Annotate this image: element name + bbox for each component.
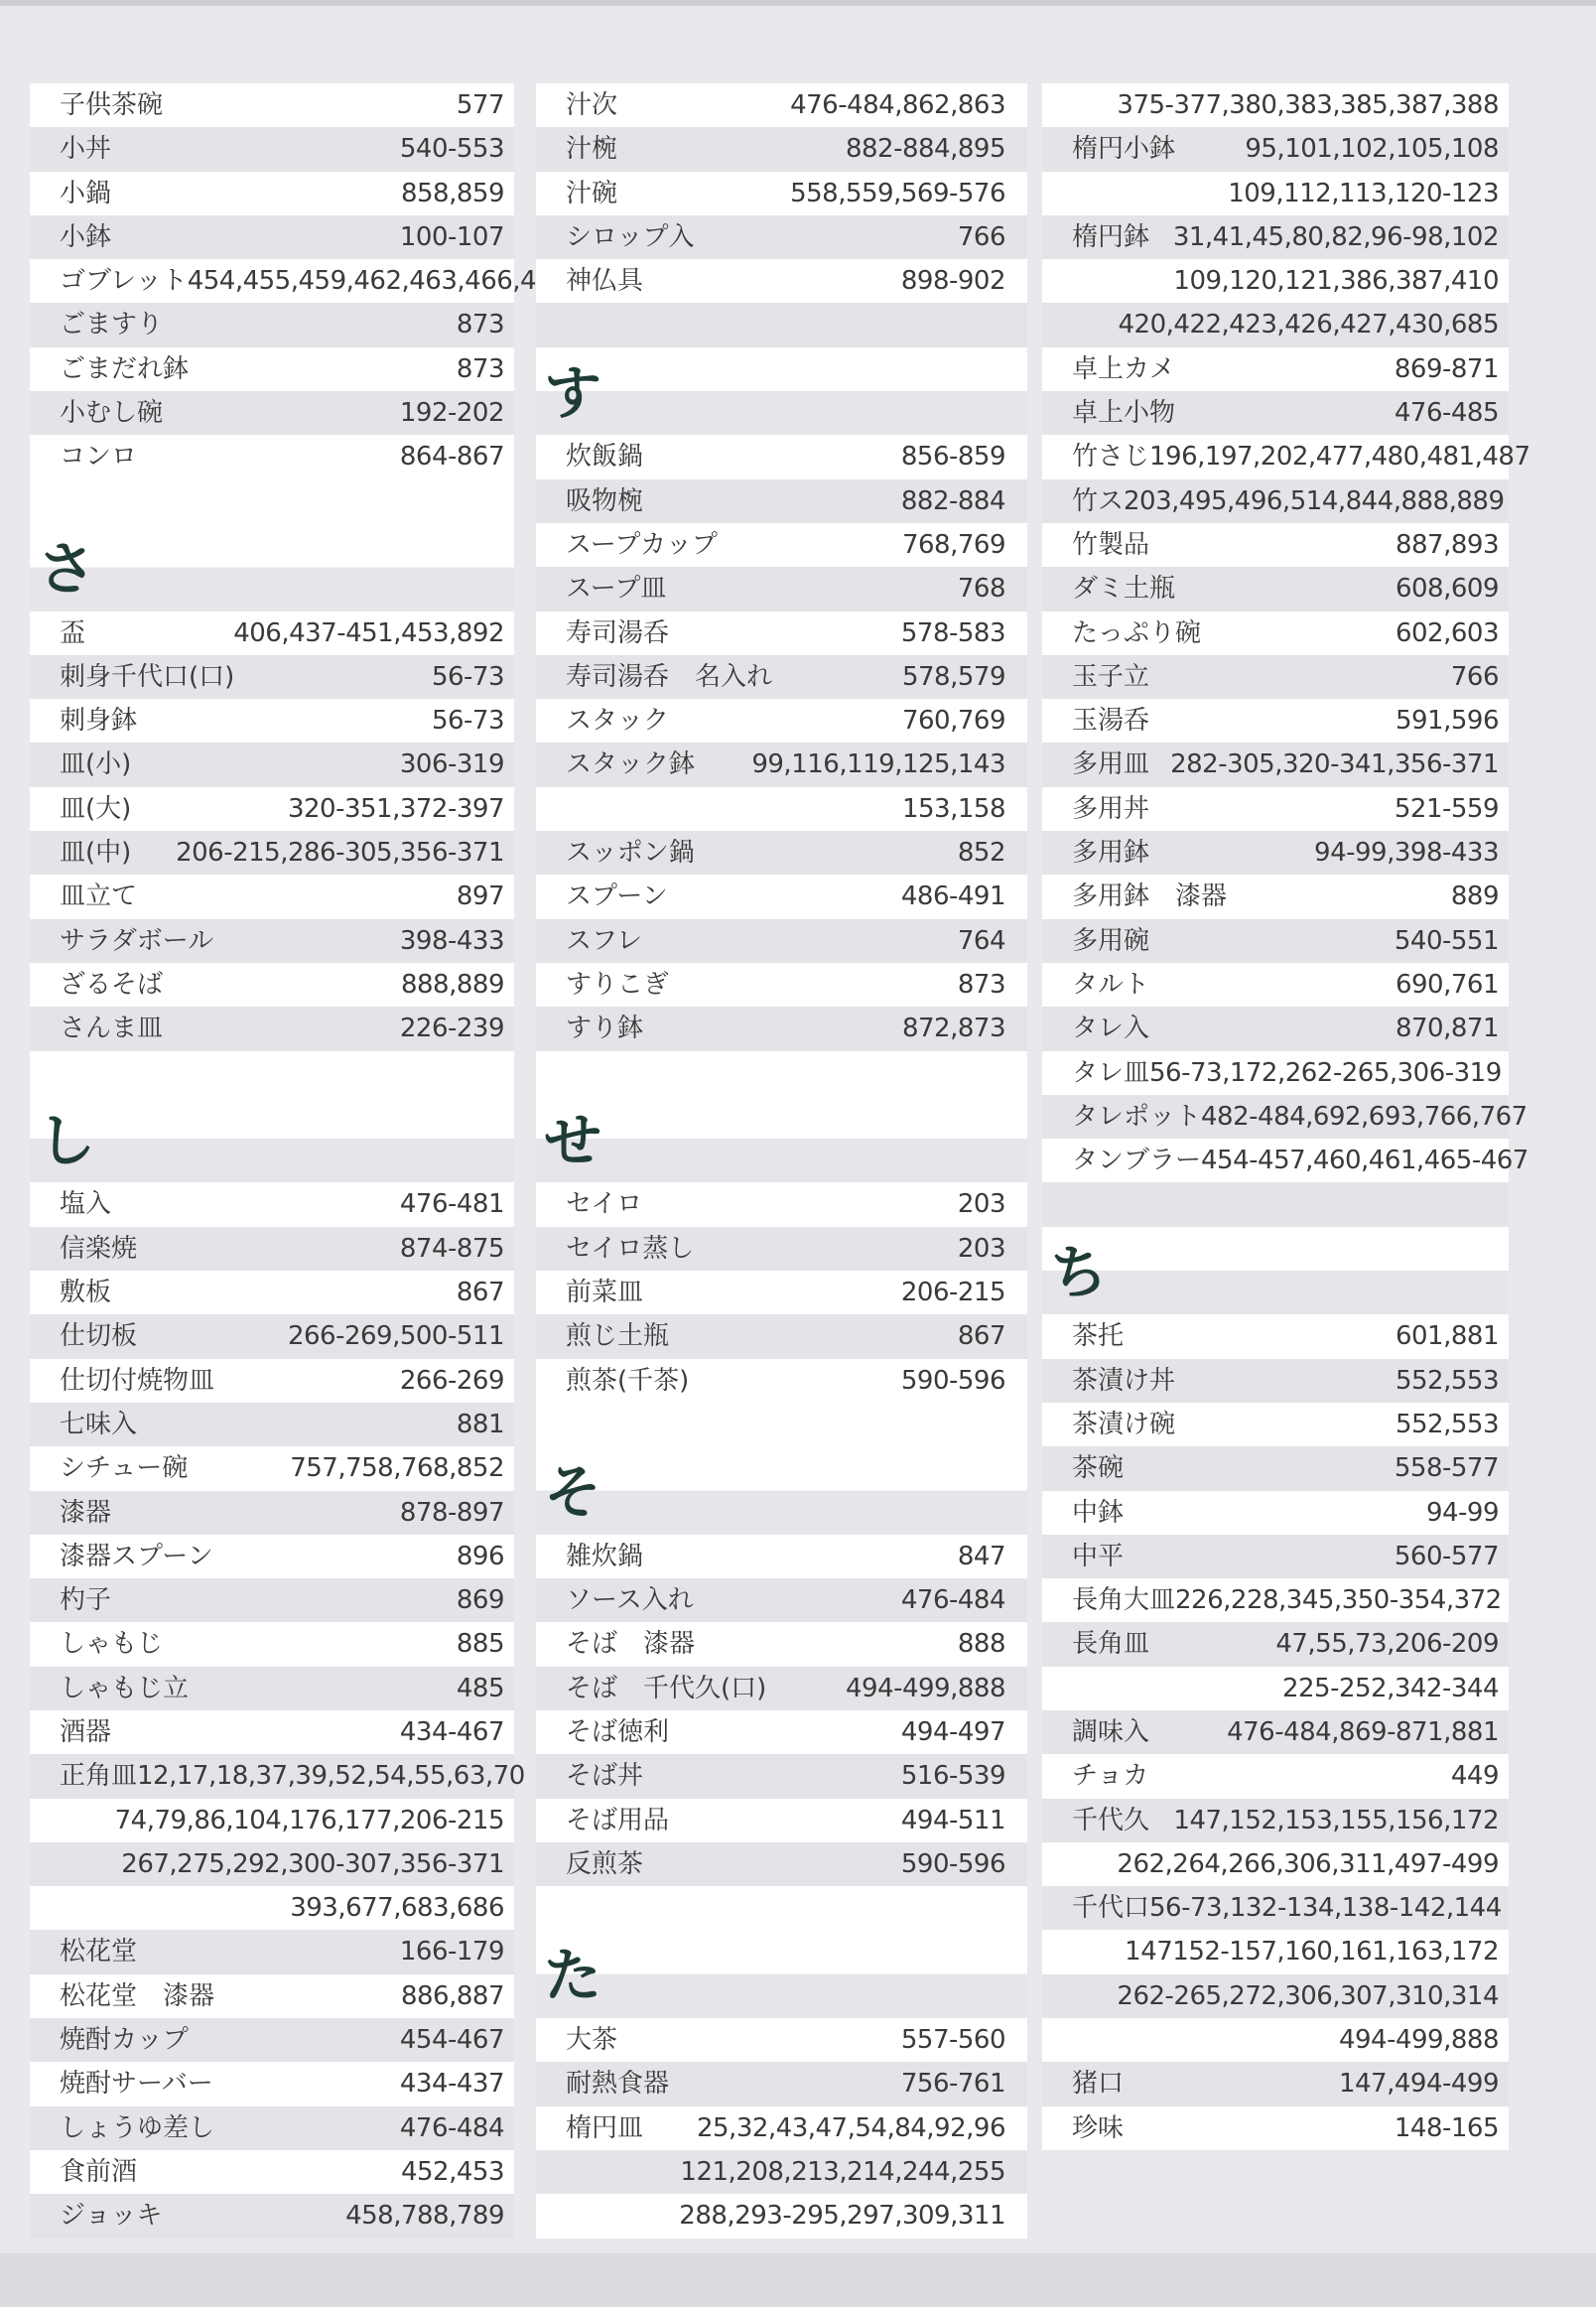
- entry-term: タレポット: [1072, 1095, 1201, 1139]
- section-se: セイロ203セイロ蒸し203前菜皿206-215煎じ土瓶867煎茶(千茶)590…: [536, 1182, 1027, 1402]
- index-entry: スッポン鍋852: [536, 831, 1027, 875]
- entry-page-numbers: 897: [457, 875, 504, 918]
- index-entry: 塩入476-481: [30, 1182, 514, 1226]
- index-entry: 寿司湯呑 名入れ578,579: [536, 655, 1027, 699]
- entry-term: 多用丼: [1072, 787, 1149, 831]
- index-entry: 楕円皿25,32,43,47,54,84,92,96: [536, 2106, 1027, 2150]
- entry-term: 茶漬け丼: [1072, 1359, 1175, 1403]
- index-entry: 漆器878-897: [30, 1491, 514, 1535]
- index-entry: 刺身千代口(口)56-73: [30, 655, 514, 699]
- entry-page-numbers: 869-871: [1395, 347, 1499, 391]
- index-entry: たっぷり碗602,603: [1042, 611, 1509, 655]
- index-entry: 猪口147,494-499: [1042, 2062, 1509, 2105]
- entry-page-numbers: 100-107: [400, 215, 504, 259]
- entry-term: 千代久: [1072, 1799, 1149, 1842]
- index-entry: 大茶557-560: [536, 2018, 1027, 2062]
- entry-term: 塩入: [60, 1182, 111, 1226]
- index-entry: 敷板867: [30, 1271, 514, 1314]
- index-entry-continuation: 267,275,292,300-307,356-371: [30, 1842, 514, 1886]
- index-entry-continuation: 74,79,86,104,176,177,206-215: [30, 1799, 514, 1842]
- index-entry: 七味入881: [30, 1403, 514, 1446]
- entry-term: タンブラー: [1072, 1139, 1201, 1182]
- index-entry: 玉湯呑591,596: [1042, 699, 1509, 743]
- entry-page-numbers: 153,158: [902, 787, 1005, 831]
- entry-term: 仕切板: [60, 1314, 137, 1358]
- entry-page-numbers: 166-179: [400, 1930, 504, 1973]
- index-entry: 多用碗540-551: [1042, 919, 1509, 963]
- index-entry: 酒器434-467: [30, 1710, 514, 1754]
- entry-page-numbers: 196,197,202,477,480,481,487: [1149, 435, 1529, 478]
- index-entry: 小むし碗192-202: [30, 391, 514, 435]
- entry-page-numbers: 476-485: [1395, 391, 1499, 435]
- index-entry: スタック760,769: [536, 699, 1027, 743]
- entry-page-numbers: 398-433: [400, 919, 504, 963]
- index-entry: 炊飯鍋856-859: [536, 435, 1027, 478]
- entry-page-numbers: 494-497: [901, 1710, 1005, 1754]
- entry-page-numbers: 756-761: [901, 2062, 1005, 2105]
- index-entry: セイロ203: [536, 1182, 1027, 1226]
- entry-term: チョカ: [1072, 1754, 1148, 1798]
- entry-term: 煎茶(千茶): [566, 1359, 689, 1403]
- entry-page-numbers: 192-202: [400, 391, 504, 435]
- entry-term: 汁次: [566, 83, 617, 127]
- index-entry: シチュー碗757,758,768,852: [30, 1446, 514, 1490]
- kana-header-label: せ: [544, 1111, 601, 1170]
- entry-page-numbers: 540-551: [1395, 919, 1499, 963]
- entry-page-numbers: 262-265,272,306,307,310,314: [1117, 1974, 1499, 2018]
- section-su: 炊飯鍋856-859吸物椀882-884スープカップ768,769スープ皿768…: [536, 435, 1027, 1050]
- entry-page-numbers: 764: [958, 919, 1005, 963]
- entry-page-numbers: 95,101,102,105,108: [1245, 127, 1499, 171]
- entry-term: 焼酎カップ: [60, 2018, 189, 2062]
- index-entry: サラダボール398-433: [30, 919, 514, 963]
- entry-page-numbers: 557-560: [901, 2018, 1005, 2062]
- index-entry: タレ皿56-73,172,262-265,306-319: [1042, 1051, 1509, 1095]
- index-entry: タルト690,761: [1042, 963, 1509, 1007]
- entry-term: 刺身鉢: [60, 699, 137, 743]
- spacer: [30, 479, 514, 523]
- index-entry-continuation: 288,293-295,297,309,311: [536, 2194, 1027, 2238]
- entry-page-numbers: 864-867: [400, 435, 504, 478]
- index-entry: タンブラー454-457,460,461,465-467: [1042, 1139, 1509, 1182]
- index-entry: 卓上カメ869-871: [1042, 347, 1509, 391]
- index-entry: 漆器スプーン896: [30, 1535, 514, 1578]
- entry-term: ごまだれ鉢: [60, 347, 189, 391]
- entry-term: 楕円鉢: [1072, 215, 1149, 259]
- index-entry-continuation: 494-499,888: [1042, 2018, 1509, 2062]
- entry-term: すり鉢: [566, 1007, 643, 1050]
- index-entry: スープカップ768,769: [536, 523, 1027, 567]
- spacer: [30, 1051, 514, 1095]
- entry-page-numbers: 206-215,286-305,356-371: [176, 831, 504, 875]
- index-entry: 子供茶碗577: [30, 83, 514, 127]
- entry-page-numbers: 856-859: [901, 435, 1005, 478]
- entry-page-numbers: 552,553: [1396, 1359, 1499, 1403]
- spacer: [536, 1886, 1027, 1930]
- entry-term: スッポン鍋: [566, 831, 695, 875]
- entry-page-numbers: 121,208,213,214,244,255: [680, 2150, 1005, 2194]
- index-entry: 茶漬け碗552,553: [1042, 1403, 1509, 1446]
- section-shi-continued: 汁次476-484,862,863汁椀882-884,895汁碗558,559,…: [536, 83, 1027, 303]
- index-entry: 寿司湯呑578-583: [536, 611, 1027, 655]
- entry-page-numbers: 760,769: [902, 699, 1005, 743]
- index-entry: 楕円小鉢95,101,102,105,108: [1042, 127, 1509, 171]
- entry-page-numbers: 882-884,895: [846, 127, 1005, 171]
- index-entry: 前菜皿206-215: [536, 1271, 1027, 1314]
- entry-term: 反煎茶: [566, 1842, 643, 1886]
- index-entry: 仕切付焼物皿266-269: [30, 1359, 514, 1403]
- entry-term: 多用鉢: [1072, 831, 1149, 875]
- kana-header-sa: さ: [30, 523, 514, 611]
- entry-term: 七味入: [60, 1403, 137, 1446]
- index-entry: ダミ土瓶608,609: [1042, 567, 1509, 611]
- index-entry-continuation: 262,264,266,306,311,497-499: [1042, 1842, 1509, 1886]
- index-entry: 吸物椀882-884: [536, 479, 1027, 523]
- entry-term: 多用碗: [1072, 919, 1149, 963]
- entry-page-numbers: 109,120,121,386,387,410: [1173, 259, 1499, 303]
- entry-page-numbers: 266-269: [400, 1359, 504, 1403]
- index-entry: 松花堂 漆器886,887: [30, 1974, 514, 2018]
- kana-header-shi: し: [30, 1095, 514, 1183]
- index-entry: 焼酎カップ454-467: [30, 2018, 514, 2062]
- entry-term: 小丼: [60, 127, 111, 171]
- entry-term: シロップ入: [566, 215, 694, 259]
- entry-page-numbers: 449: [1451, 1754, 1499, 1798]
- index-entry: 茶碗558-577: [1042, 1446, 1509, 1490]
- entry-page-numbers: 454-457,460,461,465-467: [1201, 1139, 1529, 1182]
- entry-page-numbers: 886,887: [401, 1974, 504, 2018]
- index-entry: 千代久147,152,153,155,156,172: [1042, 1799, 1509, 1842]
- entry-page-numbers: 458,788,789: [345, 2194, 504, 2238]
- entry-page-numbers: 888: [958, 1622, 1005, 1666]
- entry-term: 竹さじ: [1072, 435, 1149, 478]
- entry-page-numbers: 590-596: [901, 1359, 1005, 1403]
- entry-term: そば徳利: [566, 1710, 669, 1754]
- section-so: 雑炊鍋847ソース入れ476-484そば 漆器888そば 千代久(口)494-4…: [536, 1535, 1027, 1886]
- index-entry: 千代口56-73,132-134,138-142,144: [1042, 1886, 1509, 1930]
- index-entry: 卓上小物476-485: [1042, 391, 1509, 435]
- entry-page-numbers: 109,112,113,120-123: [1228, 172, 1499, 215]
- entry-page-numbers: 578,579: [902, 655, 1005, 699]
- entry-page-numbers: 577: [457, 83, 504, 127]
- entry-term: セイロ蒸し: [566, 1227, 694, 1271]
- entry-term: 玉子立: [1072, 655, 1149, 699]
- entry-page-numbers: 872,873: [902, 1007, 1005, 1050]
- entry-term: 盃: [60, 611, 85, 655]
- entry-page-numbers: 521-559: [1395, 787, 1499, 831]
- index-entry: 刺身鉢56-73: [30, 699, 514, 743]
- entry-term: 猪口: [1072, 2062, 1124, 2105]
- index-entry: さんま皿226-239: [30, 1007, 514, 1050]
- entry-term: 小鉢: [60, 215, 111, 259]
- index-entry: そば 漆器888: [536, 1622, 1027, 1666]
- index-entry: ごまだれ鉢873: [30, 347, 514, 391]
- entry-term: タルト: [1072, 963, 1149, 1007]
- entry-page-numbers: 494-511: [901, 1799, 1005, 1842]
- entry-page-numbers: 94-99,398-433: [1314, 831, 1499, 875]
- entry-term: ジョッキ: [60, 2194, 162, 2238]
- entry-page-numbers: 476-484: [400, 2106, 504, 2150]
- entry-term: 茶托: [1072, 1314, 1124, 1358]
- kana-header-label: そ: [544, 1462, 601, 1522]
- index-entry: しゃもじ885: [30, 1622, 514, 1666]
- entry-page-numbers: 266-269,500-511: [288, 1314, 504, 1358]
- entry-term: 中鉢: [1072, 1491, 1124, 1535]
- index-entry: しゃもじ立485: [30, 1667, 514, 1710]
- entry-term: たっぷり碗: [1072, 611, 1201, 655]
- section-ta-continued: 375-377,380,383,385,387,388楕円小鉢95,101,10…: [1042, 83, 1509, 1182]
- index-entry: そば用品494-511: [536, 1799, 1027, 1842]
- entry-page-numbers: 434-467: [400, 1710, 504, 1754]
- entry-page-numbers: 454,455,459,462,463,466,467: [188, 259, 568, 303]
- entry-page-numbers: 74,79,86,104,176,177,206-215: [115, 1799, 504, 1842]
- index-entry: コンロ864-867: [30, 435, 514, 478]
- entry-page-numbers: 552,553: [1396, 1403, 1499, 1446]
- entry-term: 楕円小鉢: [1072, 127, 1175, 171]
- entry-term: ざるそば: [60, 963, 163, 1007]
- entry-term: そば 千代久(口): [566, 1667, 766, 1710]
- entry-term: 大茶: [566, 2018, 617, 2062]
- entry-term: 皿立て: [60, 875, 137, 918]
- entry-page-numbers: 482-484,692,693,766,767: [1201, 1095, 1528, 1139]
- entry-term: 長角皿: [1072, 1622, 1149, 1666]
- entry-term: 前菜皿: [566, 1271, 643, 1314]
- entry-page-numbers: 540-553: [400, 127, 504, 171]
- entry-page-numbers: 420,422,423,426,427,430,685: [1119, 303, 1499, 346]
- entry-term: ダミ土瓶: [1072, 567, 1175, 611]
- index-entry: スプーン486-491: [536, 875, 1027, 918]
- entry-page-numbers: 288,293-295,297,309,311: [679, 2194, 1005, 2238]
- index-entry: 信楽焼874-875: [30, 1227, 514, 1271]
- entry-page-numbers: 225-252,342-344: [1282, 1667, 1499, 1710]
- kana-header-label: し: [38, 1111, 95, 1170]
- index-entry: 煎茶(千茶)590-596: [536, 1359, 1027, 1403]
- entry-term: 長角大皿: [1072, 1578, 1175, 1622]
- entry-term: 小むし碗: [60, 391, 163, 435]
- index-entry: 中鉢94-99: [1042, 1491, 1509, 1535]
- section-ta: 大茶557-560耐熱食器756-761楕円皿25,32,43,47,54,84…: [536, 2018, 1027, 2238]
- entry-term: 中平: [1072, 1535, 1124, 1578]
- entry-term: コンロ: [60, 435, 137, 478]
- entry-page-numbers: 494-499,888: [846, 1667, 1005, 1710]
- entry-term: 雑炊鍋: [566, 1535, 643, 1578]
- entry-term: そば丼: [566, 1754, 643, 1798]
- entry-page-numbers: 889: [1451, 875, 1499, 918]
- section-chi: 茶托601,881茶漬け丼552,553茶漬け碗552,553茶碗558-577…: [1042, 1314, 1509, 2150]
- entry-page-numbers: 203: [958, 1227, 1005, 1271]
- index-entry: 珍味148-165: [1042, 2106, 1509, 2150]
- entry-page-numbers: 558,559,569-576: [790, 172, 1005, 215]
- entry-term: タレ皿: [1072, 1051, 1149, 1095]
- entry-page-numbers: 874-875: [400, 1227, 504, 1271]
- entry-page-numbers: 47,55,73,206-209: [1275, 1622, 1499, 1666]
- entry-term: 寿司湯呑 名入れ: [566, 655, 772, 699]
- entry-page-numbers: 852: [958, 831, 1005, 875]
- index-entry: 食前酒452,453: [30, 2150, 514, 2194]
- entry-page-numbers: 494-499,888: [1339, 2018, 1499, 2062]
- entry-page-numbers: 608,609: [1396, 567, 1499, 611]
- entry-page-numbers: 881: [457, 1403, 504, 1446]
- entry-term: 珍味: [1072, 2106, 1124, 2150]
- index-entry-continuation: 109,120,121,386,387,410: [1042, 259, 1509, 303]
- index-entry: 煎じ土瓶867: [536, 1314, 1027, 1358]
- entry-term: 炊飯鍋: [566, 435, 643, 478]
- entry-term: さんま皿: [60, 1007, 163, 1050]
- entry-page-numbers: 766: [1451, 655, 1499, 699]
- entry-term: そば 漆器: [566, 1622, 695, 1666]
- entry-page-numbers: 226-239: [400, 1007, 504, 1050]
- entry-term: しゃもじ: [60, 1622, 163, 1666]
- entry-term: スープカップ: [566, 523, 718, 567]
- index-entry: 竹製品887,893: [1042, 523, 1509, 567]
- entry-page-numbers: 282-305,320-341,356-371: [1170, 743, 1499, 786]
- entry-page-numbers: 375-377,380,383,385,387,388: [1117, 83, 1499, 127]
- index-entry: 雑炊鍋847: [536, 1535, 1027, 1578]
- entry-page-numbers: 602,603: [1396, 611, 1499, 655]
- entry-page-numbers: 485: [457, 1667, 504, 1710]
- index-entry: 正角皿12,17,18,37,39,52,54,55,63,70: [30, 1754, 514, 1798]
- entry-page-numbers: 601,881: [1396, 1314, 1499, 1358]
- entry-term: 正角皿: [60, 1754, 137, 1798]
- index-entry: 多用鉢 漆器889: [1042, 875, 1509, 918]
- entry-term: 卓上カメ: [1072, 347, 1175, 391]
- entry-page-numbers: 873: [457, 347, 504, 391]
- index-entry: 仕切板266-269,500-511: [30, 1314, 514, 1358]
- entry-page-numbers: 896: [457, 1535, 504, 1578]
- entry-term: 汁椀: [566, 127, 617, 171]
- index-entry: 竹ス203,495,496,514,844,888,889: [1042, 479, 1509, 523]
- entry-page-numbers: 452,453: [401, 2150, 504, 2194]
- entry-term: 煎じ土瓶: [566, 1314, 669, 1358]
- page-bottom-band: [0, 2253, 1596, 2307]
- kana-header-label: さ: [38, 539, 95, 599]
- entry-page-numbers: 476-484: [901, 1578, 1005, 1622]
- entry-term: 漆器スプーン: [60, 1535, 213, 1578]
- entry-term: 松花堂: [60, 1930, 137, 1973]
- entry-page-numbers: 476-481: [400, 1182, 504, 1226]
- entry-page-numbers: 591,596: [1396, 699, 1499, 743]
- entry-term: スプーン: [566, 875, 668, 918]
- index-entry: 汁次476-484,862,863: [536, 83, 1027, 127]
- index-entry: そば丼516-539: [536, 1754, 1027, 1798]
- entry-page-numbers: 867: [958, 1314, 1005, 1358]
- entry-term: 食前酒: [60, 2150, 137, 2194]
- kana-header-su: す: [536, 347, 1027, 436]
- entry-page-numbers: 306-319: [400, 743, 504, 786]
- entry-term: サラダボール: [60, 919, 213, 963]
- entry-term: スープ皿: [566, 567, 666, 611]
- kana-header-se: せ: [536, 1095, 1027, 1183]
- index-entry-continuation: 262-265,272,306,307,310,314: [1042, 1974, 1509, 2018]
- entry-term: タレ入: [1072, 1007, 1149, 1050]
- entry-page-numbers: 454-467: [400, 2018, 504, 2062]
- kana-header-ta: た: [536, 1930, 1027, 2018]
- entry-page-numbers: 12,17,18,37,39,52,54,55,63,70: [137, 1754, 525, 1798]
- entry-page-numbers: 56-73,172,262-265,306-319: [1149, 1051, 1502, 1095]
- entry-term: 酒器: [60, 1710, 111, 1754]
- index-entry: 皿(中)206-215,286-305,356-371: [30, 831, 514, 875]
- entry-term: 玉湯呑: [1072, 699, 1149, 743]
- entry-page-numbers: 578-583: [901, 611, 1005, 655]
- index-entry: 多用鉢94-99,398-433: [1042, 831, 1509, 875]
- spacer: [536, 1051, 1027, 1095]
- entry-page-numbers: 31,41,45,80,82,96-98,102: [1173, 215, 1499, 259]
- entry-page-numbers: 757,758,768,852: [290, 1446, 504, 1490]
- entry-term: 竹製品: [1072, 523, 1149, 567]
- index-entry: 玉子立766: [1042, 655, 1509, 699]
- entry-page-numbers: 267,275,292,300-307,356-371: [121, 1842, 504, 1886]
- entry-page-numbers: 434-437: [400, 2062, 504, 2105]
- index-entry: 茶漬け丼552,553: [1042, 1359, 1509, 1403]
- entry-term: 茶碗: [1072, 1446, 1124, 1490]
- entry-term: 調味入: [1072, 1710, 1149, 1754]
- index-entry-continuation: 121,208,213,214,244,255: [536, 2150, 1027, 2194]
- entry-term: すりこぎ: [566, 963, 669, 1007]
- entry-page-numbers: 203: [958, 1182, 1005, 1226]
- entry-term: 楕円皿: [566, 2106, 643, 2150]
- entry-term: 信楽焼: [60, 1227, 137, 1271]
- entry-term: スフレ: [566, 919, 642, 963]
- index-entry: 楕円鉢31,41,45,80,82,96-98,102: [1042, 215, 1509, 259]
- entry-page-numbers: 873: [457, 303, 504, 346]
- index-entry: タレポット482-484,692,693,766,767: [1042, 1095, 1509, 1139]
- entry-page-numbers: 476-484,869-871,881: [1227, 1710, 1499, 1754]
- entry-term: ソース入れ: [566, 1578, 694, 1622]
- kana-header-label: ち: [1050, 1243, 1108, 1302]
- index-entry: スフレ764: [536, 919, 1027, 963]
- index-entry: ごますり873: [30, 303, 514, 346]
- index-entry: 耐熱食器756-761: [536, 2062, 1027, 2105]
- entry-term: 刺身千代口(口): [60, 655, 234, 699]
- entry-page-numbers: 206-215: [901, 1271, 1005, 1314]
- index-column-left: 子供茶碗577小丼540-553小鍋858,859小鉢100-107ゴブレット4…: [30, 83, 514, 2239]
- entry-page-numbers: 898-902: [901, 259, 1005, 303]
- entry-term: シチュー碗: [60, 1446, 188, 1490]
- index-entry: 小丼540-553: [30, 127, 514, 171]
- index-entry: スタック鉢99,116,119,125,143: [536, 743, 1027, 786]
- kana-header-label: た: [544, 1946, 601, 2005]
- entry-term: 汁碗: [566, 172, 617, 215]
- entry-term: 皿(大): [60, 787, 131, 831]
- index-entry: 汁椀882-884,895: [536, 127, 1027, 171]
- entry-term: 皿(小): [60, 743, 131, 786]
- entry-page-numbers: 147,494-499: [1339, 2062, 1499, 2105]
- index-entry: そば徳利494-497: [536, 1710, 1027, 1754]
- index-entry: セイロ蒸し203: [536, 1227, 1027, 1271]
- entry-page-numbers: 885: [457, 1622, 504, 1666]
- entry-page-numbers: 56-73: [432, 699, 504, 743]
- entry-page-numbers: 94-99: [1426, 1491, 1499, 1535]
- entry-term: 小鍋: [60, 172, 111, 215]
- index-entry-continuation: 147152-157,160,161,163,172: [1042, 1930, 1509, 1973]
- entry-page-numbers: 873: [958, 963, 1005, 1007]
- entry-page-numbers: 516-539: [901, 1754, 1005, 1798]
- index-column-middle: 汁次476-484,862,863汁椀882-884,895汁碗558,559,…: [536, 83, 1027, 2239]
- entry-page-numbers: 560-577: [1395, 1535, 1499, 1578]
- entry-term: 松花堂 漆器: [60, 1974, 214, 2018]
- index-entry: 長角大皿226,228,345,350-354,372: [1042, 1578, 1509, 1622]
- index-column-right: 375-377,380,383,385,387,388楕円小鉢95,101,10…: [1042, 83, 1509, 2150]
- entry-page-numbers: 590-596: [901, 1842, 1005, 1886]
- entry-term: 敷板: [60, 1271, 111, 1314]
- index-entry: すり鉢872,873: [536, 1007, 1027, 1050]
- index-entry: スープ皿768: [536, 567, 1027, 611]
- index-entry: 焼酎サーバー434-437: [30, 2062, 514, 2105]
- entry-term: 卓上小物: [1072, 391, 1175, 435]
- section-sa: 盃406,437-451,453,892刺身千代口(口)56-73刺身鉢56-7…: [30, 611, 514, 1051]
- entry-term: スタック鉢: [566, 743, 695, 786]
- index-entry: 小鉢100-107: [30, 215, 514, 259]
